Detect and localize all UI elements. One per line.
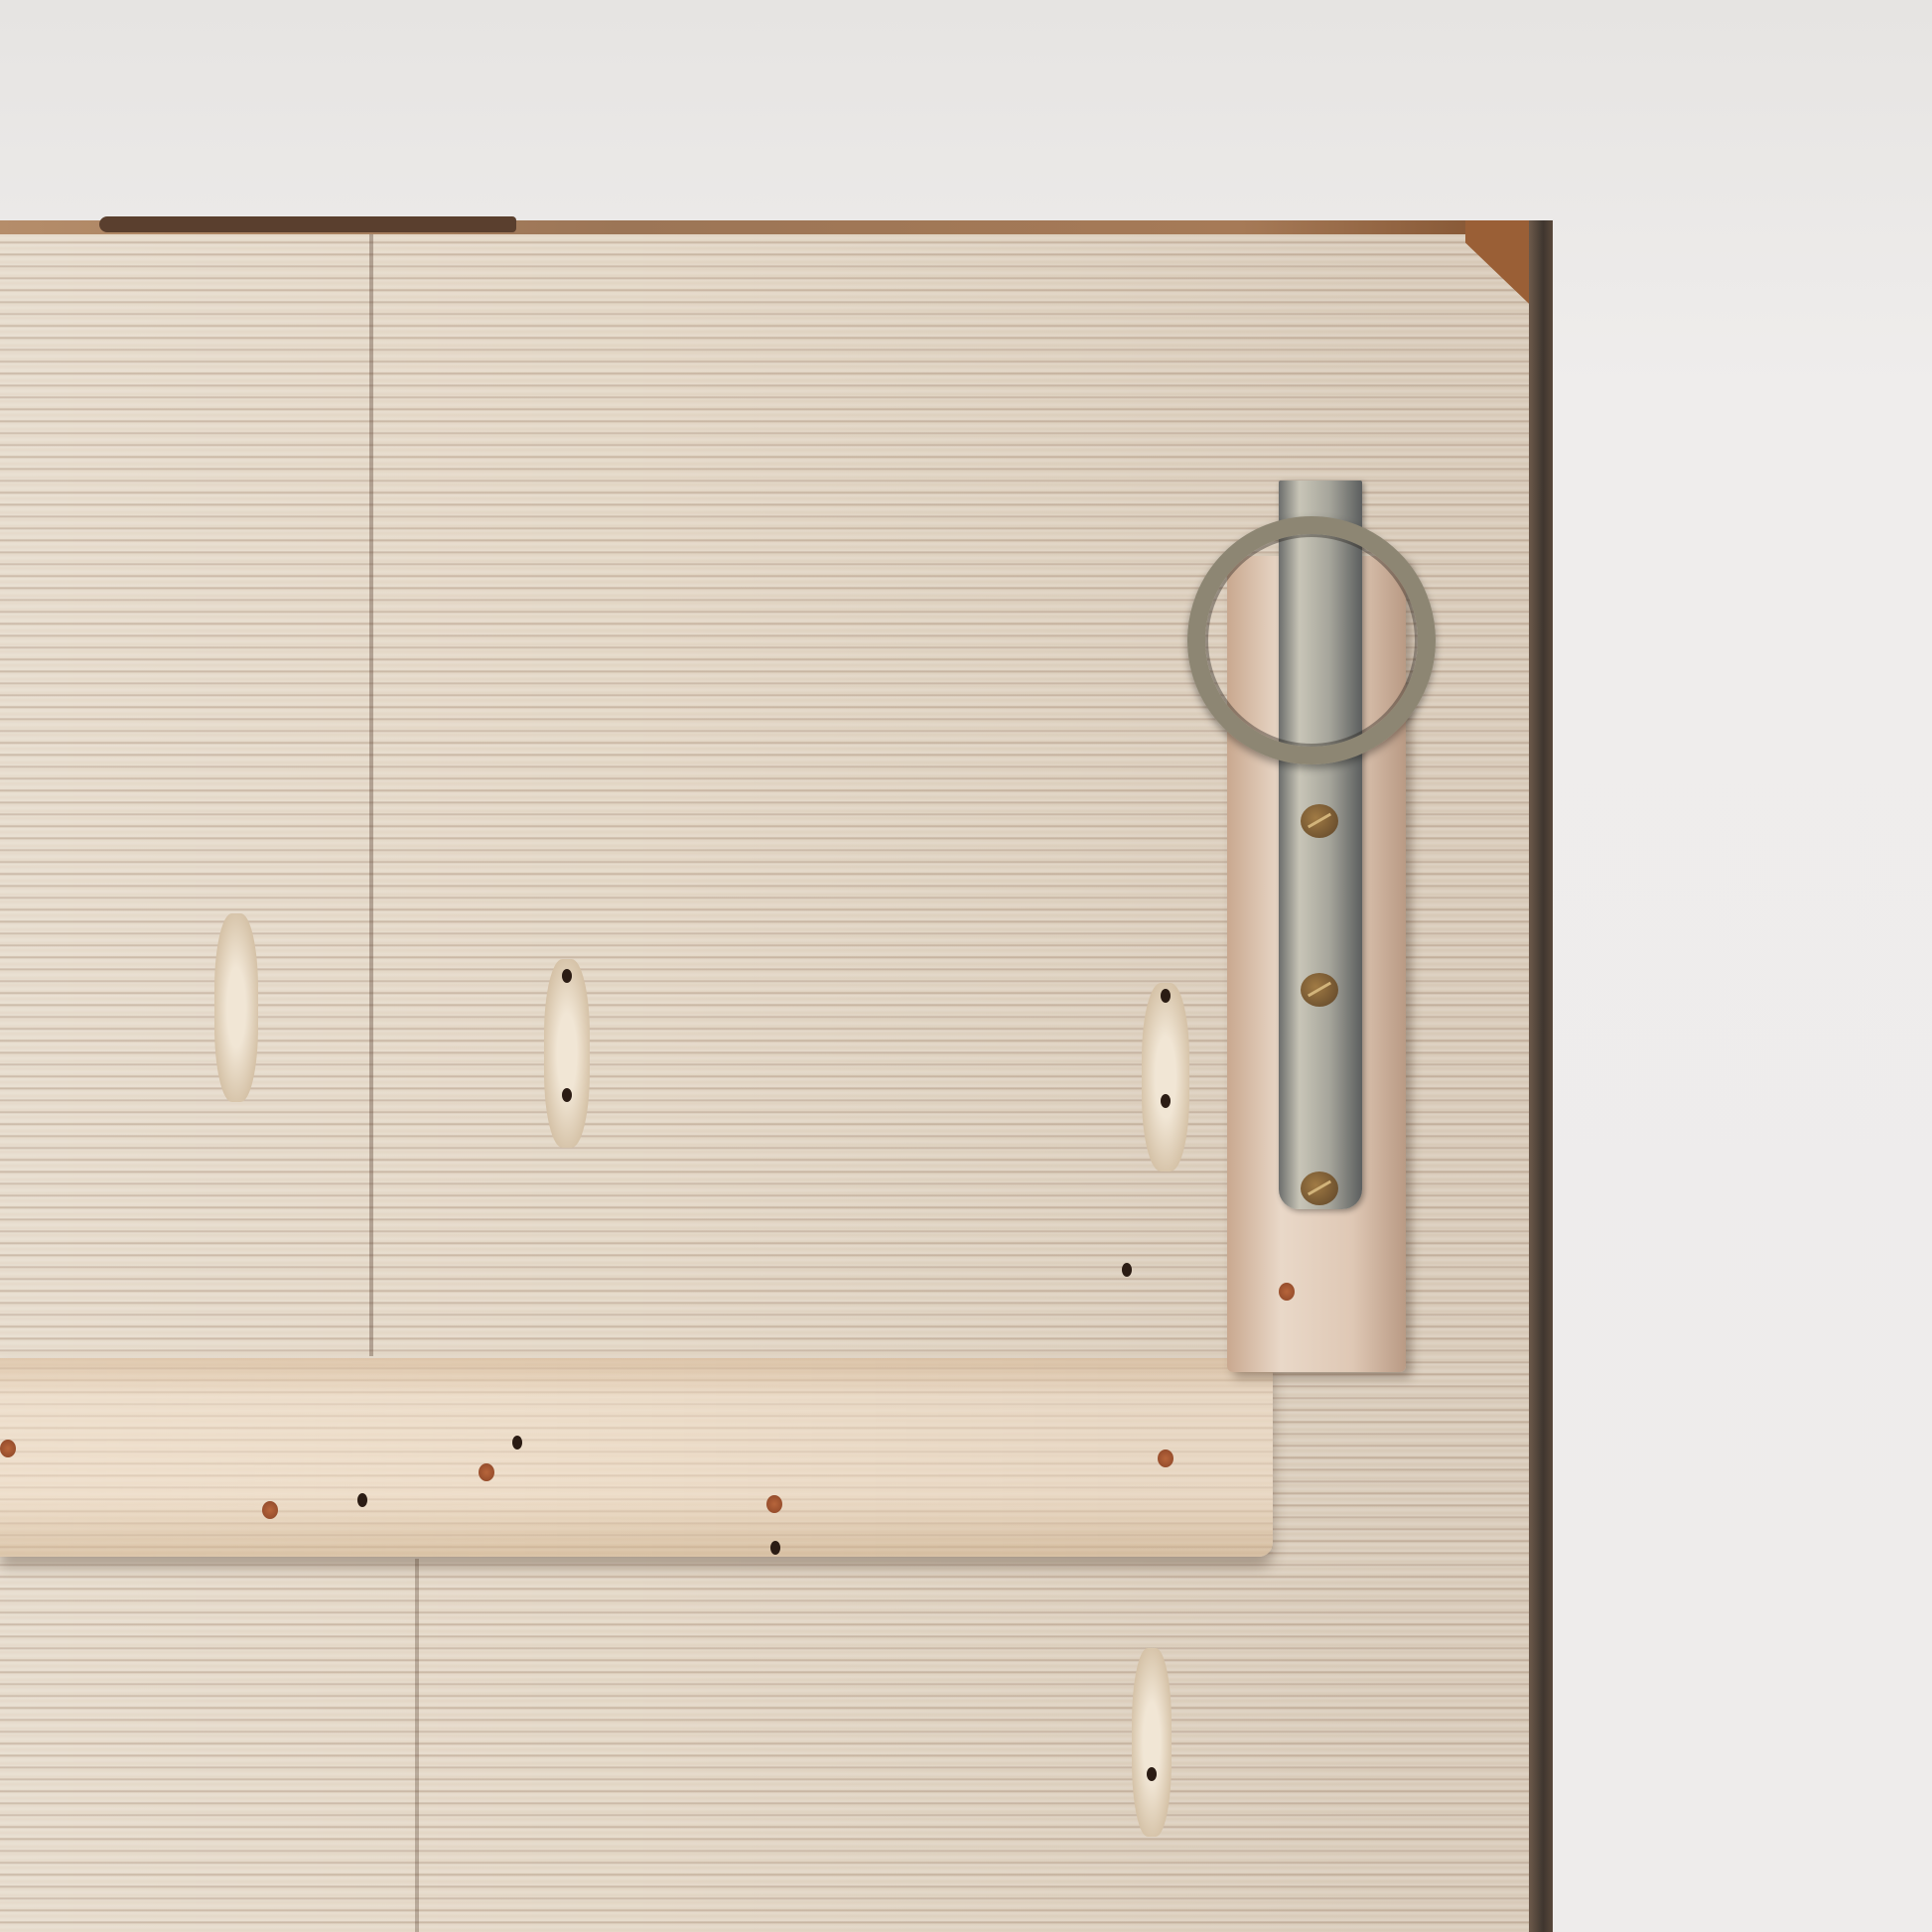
slotted-screw (1301, 1172, 1338, 1205)
board-seam-lower (415, 1559, 419, 1932)
rail-grain-texture (0, 1358, 1273, 1557)
nail-hole (562, 1088, 572, 1102)
rusty-nail-head (479, 1463, 494, 1481)
nail-hole (512, 1436, 522, 1449)
nail-hole (1161, 1094, 1171, 1108)
nail-hole (1147, 1767, 1157, 1781)
nail-hole (1161, 989, 1171, 1003)
iron-ring-pull (1187, 516, 1436, 764)
rusty-nail-head (1158, 1449, 1173, 1467)
nail-hole (357, 1493, 367, 1507)
top-metal-strap (99, 216, 516, 232)
horizontal-rail (0, 1358, 1273, 1557)
rusty-nail-head (766, 1495, 782, 1513)
rusty-nail-head (0, 1440, 16, 1457)
slotted-screw (1301, 973, 1338, 1007)
rusty-nail-head (1279, 1283, 1295, 1301)
nail-hole (562, 969, 572, 983)
nail-hole (770, 1541, 780, 1555)
slotted-screw (1301, 804, 1338, 838)
wood-gouge (1132, 1648, 1172, 1837)
wood-gouge (1142, 983, 1189, 1172)
door-right-edge (1529, 220, 1553, 1932)
board-seam (369, 234, 373, 1356)
wood-gouge (214, 913, 258, 1102)
nail-hole (1122, 1263, 1132, 1277)
wood-gouge (544, 959, 590, 1148)
rusty-nail-head (262, 1501, 278, 1519)
